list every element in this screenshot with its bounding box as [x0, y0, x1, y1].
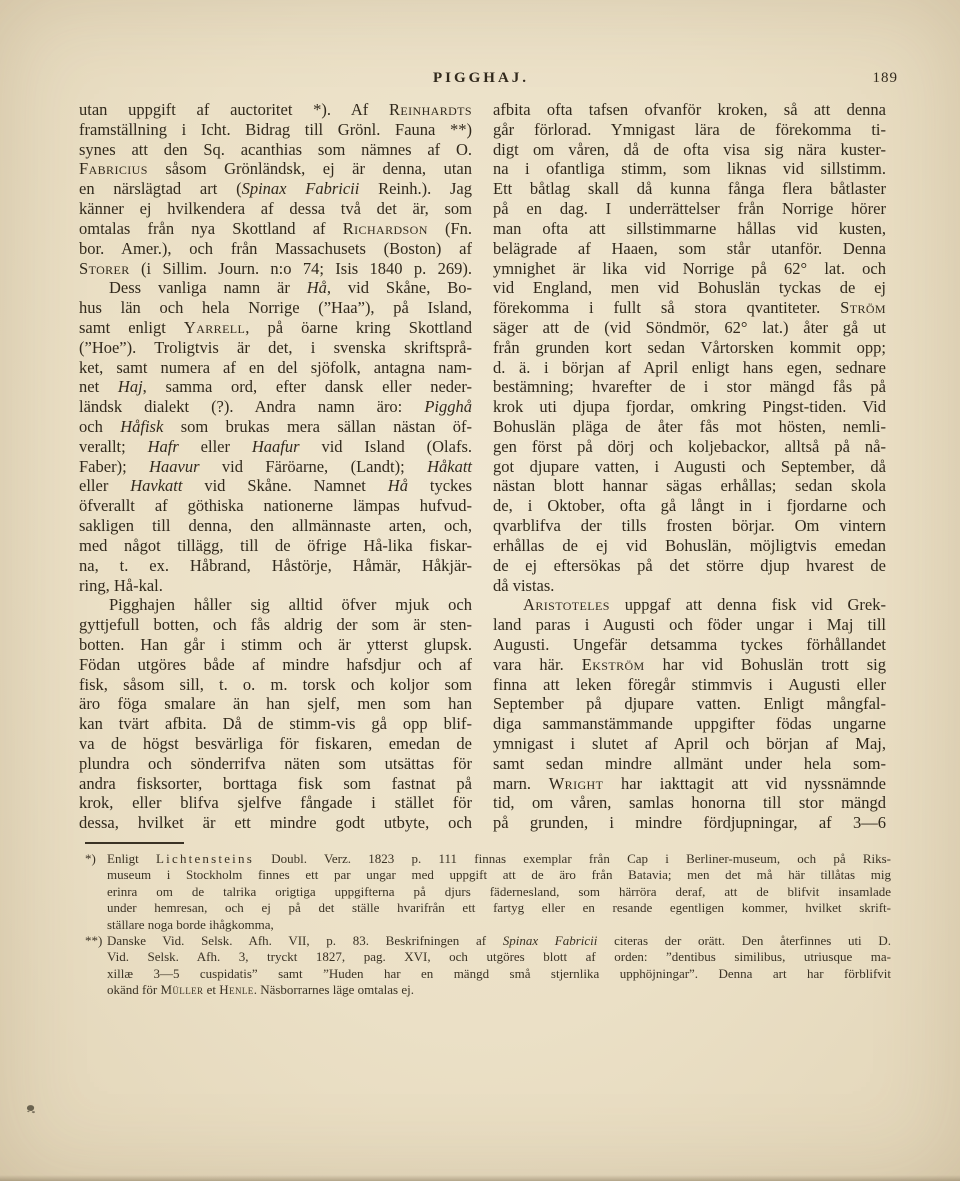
text-line: ländsk dialekt (?). Andra namn äro: Pigg…: [79, 397, 472, 417]
text-line: Ett båtlag skall då kunna fånga flera bå…: [493, 179, 886, 199]
text-line: d. ä. i början af April enligt hans egen…: [493, 358, 886, 378]
text-line: va de högst besvärliga för fiskaren, eme…: [79, 734, 472, 754]
text-line: vara här. Ekström har vid Bohuslän trott…: [493, 655, 886, 675]
footnotes-section: *)Enligt Lichtensteins Doubl. Verz. 1823…: [85, 851, 891, 999]
text-line: finna att leken föregår stimmvis i Augus…: [493, 675, 886, 695]
text-line: dessa, hvilket är ett mindre godt utbyte…: [79, 813, 472, 833]
text-line: nästan blott hannar sägas erhållas; seda…: [493, 476, 886, 496]
text-line: bestämning; hvarefter de i stor mängd få…: [493, 377, 886, 397]
text-line: man ofta att sillstimmarne hållas vid ku…: [493, 219, 886, 239]
text-line: Aristoteles uppgaf att denna fisk vid Gr…: [493, 595, 886, 615]
footnote-line: museum i Stockholm finnes ett par ungar …: [107, 867, 891, 883]
text-line: digt om våren, då de ofta visa sig nära …: [493, 140, 886, 160]
text-line: Pigghajen håller sig alltid öfver mjuk o…: [79, 595, 472, 615]
left-text-column: utan uppgift af auctoritet *). Af Reinha…: [79, 100, 472, 833]
text-line: fisk, såsom sill, t. o. m. torsk och kol…: [79, 675, 472, 695]
text-line: erhållas de ej vid Bohuslän, möjligtvis …: [493, 536, 886, 556]
footnote-separator-rule: [85, 842, 184, 844]
text-line: na, t. ex. Håbrand, Håstörje, Håmär, Håk…: [79, 556, 472, 576]
footnote-line: **)Danske Vid. Selsk. Afh. VII, p. 83. B…: [107, 933, 891, 949]
footnote-line: xillæ 3—5 cuspidatis” samt ”Huden har en…: [107, 966, 891, 982]
text-line: ring, Hå-kal.: [79, 576, 472, 596]
text-line: framställning i Icht. Bidrag till Grönl.…: [79, 120, 472, 140]
text-line: Fabricius såsom Grönländsk, ej är denna,…: [79, 159, 472, 179]
text-line: botten. Han går i stimm och är ytterst g…: [79, 635, 472, 655]
footnote-marker: *): [85, 851, 96, 867]
text-line: Faber); Haavur vid Färöarne, (Landt); Hå…: [79, 457, 472, 477]
text-line: Augusti. Ungefär detsamma tyckes förhåll…: [493, 635, 886, 655]
text-line: land paras i Augusti och föder ungar i M…: [493, 615, 886, 635]
text-line: gen först på dörj och koljebackor, allts…: [493, 437, 886, 457]
right-text-column: afbita ofta tafsen ofvanför kroken, så a…: [493, 100, 886, 833]
footnote: *)Enligt Lichtensteins Doubl. Verz. 1823…: [85, 851, 891, 933]
text-line: belägrade af Haaen, som står utanför. De…: [493, 239, 886, 259]
text-line: diga sammanstämmande uppgifter födas ung…: [493, 714, 886, 734]
text-line: ymnighet är lika vid Norrige på 62° lat.…: [493, 259, 886, 279]
text-line: med något tillägg, till de öfrige Hå-lik…: [79, 536, 472, 556]
text-line: en närslägtad art (Spinax Fabricii Reinh…: [79, 179, 472, 199]
text-line: på grunden, i mindre fördjupningar, af 3…: [493, 813, 886, 833]
page-header: PIGGHAJ. 189: [78, 70, 898, 90]
page-title: PIGGHAJ.: [78, 70, 884, 87]
text-line: (”Hoe”). Troligtvis är det, i svenska sk…: [79, 338, 472, 358]
footnote-marker: **): [85, 933, 102, 949]
text-line: plundra och sönderrifva näten som utsätt…: [79, 754, 472, 774]
text-line: krok, eller blifva sjelfve fångade i stä…: [79, 793, 472, 813]
footnote: **)Danske Vid. Selsk. Afh. VII, p. 83. B…: [85, 933, 891, 999]
footnote-line: under hemresan, och ej på det ställe hva…: [107, 900, 891, 916]
text-line: tid, om våren, samlas honorna till stor …: [493, 793, 886, 813]
text-line: krok uti djupa fjordar, omkring Pingst-t…: [493, 397, 886, 417]
text-line: ymnigast i slutet af April och början af…: [493, 734, 886, 754]
footnote-line: erinra om de talrika origtiga uppgiftern…: [107, 884, 891, 900]
text-line: synes att den Sq. acanthias som nämnes a…: [79, 140, 472, 160]
text-line: säger att de (vid Söndmör, 62° lat.) åte…: [493, 318, 886, 338]
text-line: och Håfisk som brukas mera sällan nästan…: [79, 417, 472, 437]
text-line: från grunden kort sedan Vårtorsken kommi…: [493, 338, 886, 358]
footnote-line: Vid. Selsk. Afh. 3, tryckt 1827, pag. XV…: [107, 949, 891, 965]
text-line: samt enligt Yarrell, på öarne kring Skot…: [79, 318, 472, 338]
text-line: vid England, men vid Bohuslän tyckas de …: [493, 278, 886, 298]
text-line: eller Havkatt vid Skåne. Namnet Hå tycke…: [79, 476, 472, 496]
text-line: net Haj, samma ord, efter dansk eller ne…: [79, 377, 472, 397]
text-line: då vistas.: [493, 576, 886, 596]
text-line: förekomma i fullt så stora qvantiteter. …: [493, 298, 886, 318]
text-line: omtalas från nya Skottland af Richardson…: [79, 219, 472, 239]
text-line: samt sedan mindre allmänt under hela som…: [493, 754, 886, 774]
text-line: de ej eftersökas på det större djup hvar…: [493, 556, 886, 576]
footnote-line: *)Enligt Lichtensteins Doubl. Verz. 1823…: [107, 851, 891, 867]
text-line: andra fisksorter, borttaga fisk som fast…: [79, 774, 472, 794]
footnote-line: ställare noga borde ihågkomma,: [107, 917, 891, 933]
text-line: på en dag. I underrättelser från Norrige…: [493, 199, 886, 219]
text-line: hus län och hela Norrige (”Haa”), på Isl…: [79, 298, 472, 318]
text-line: bor. Amer.), och från Massachusets (Bost…: [79, 239, 472, 259]
text-line: gyttjefull botten, och fås aldrig der so…: [79, 615, 472, 635]
text-line: verallt; Hafr eller Haafur vid Island (O…: [79, 437, 472, 457]
text-line: kan tvärt afbita. Då de stimm-vis gå opp…: [79, 714, 472, 734]
text-line: går förlorad. Ymnigast lära de förekomma…: [493, 120, 886, 140]
text-line: Dess vanliga namn är Hå, vid Skåne, Bo-: [79, 278, 472, 298]
text-line: Storer (i Sillim. Journ. n:o 74; Isis 18…: [79, 259, 472, 279]
book-page: PIGGHAJ. 189 utan uppgift af auctoritet …: [0, 0, 960, 1181]
text-line: äro föga smalare än han sjelf, men som h…: [79, 694, 472, 714]
text-line: ket, samt numera af en del sjöfolk, anta…: [79, 358, 472, 378]
text-line: utan uppgift af auctoritet *). Af Reinha…: [79, 100, 472, 120]
text-line: öfverallt af göthiska nationerne lämpas …: [79, 496, 472, 516]
text-line: de, i Oktober, ofta gå långt in i fjorda…: [493, 496, 886, 516]
text-line: afbita ofta tafsen ofvanför kroken, så a…: [493, 100, 886, 120]
footnote-line: okänd för Müller et Henle. Näsborrarnes …: [107, 982, 891, 998]
text-line: got djupare vatten, i Augusti och Septem…: [493, 457, 886, 477]
text-line: marn. Wright har iakttagit att vid nyssn…: [493, 774, 886, 794]
text-line: känner ej hvilkendera af dessa två det ä…: [79, 199, 472, 219]
text-line: qvarblifva der tills frosten börjar. Om …: [493, 516, 886, 536]
text-line: na i ofantliga stimm, som liknas vid sil…: [493, 159, 886, 179]
page-number: 189: [873, 70, 899, 87]
ink-blot-mark: [26, 1104, 35, 1112]
text-line: Födan utgöres både af mindre hafsdjur oc…: [79, 655, 472, 675]
text-line: Bohuslän pläga de åter fås mot hösten, n…: [493, 417, 886, 437]
text-line: sakligen till denna, den allmännaste art…: [79, 516, 472, 536]
text-line: September på djupare vatten. Enligt mång…: [493, 694, 886, 714]
